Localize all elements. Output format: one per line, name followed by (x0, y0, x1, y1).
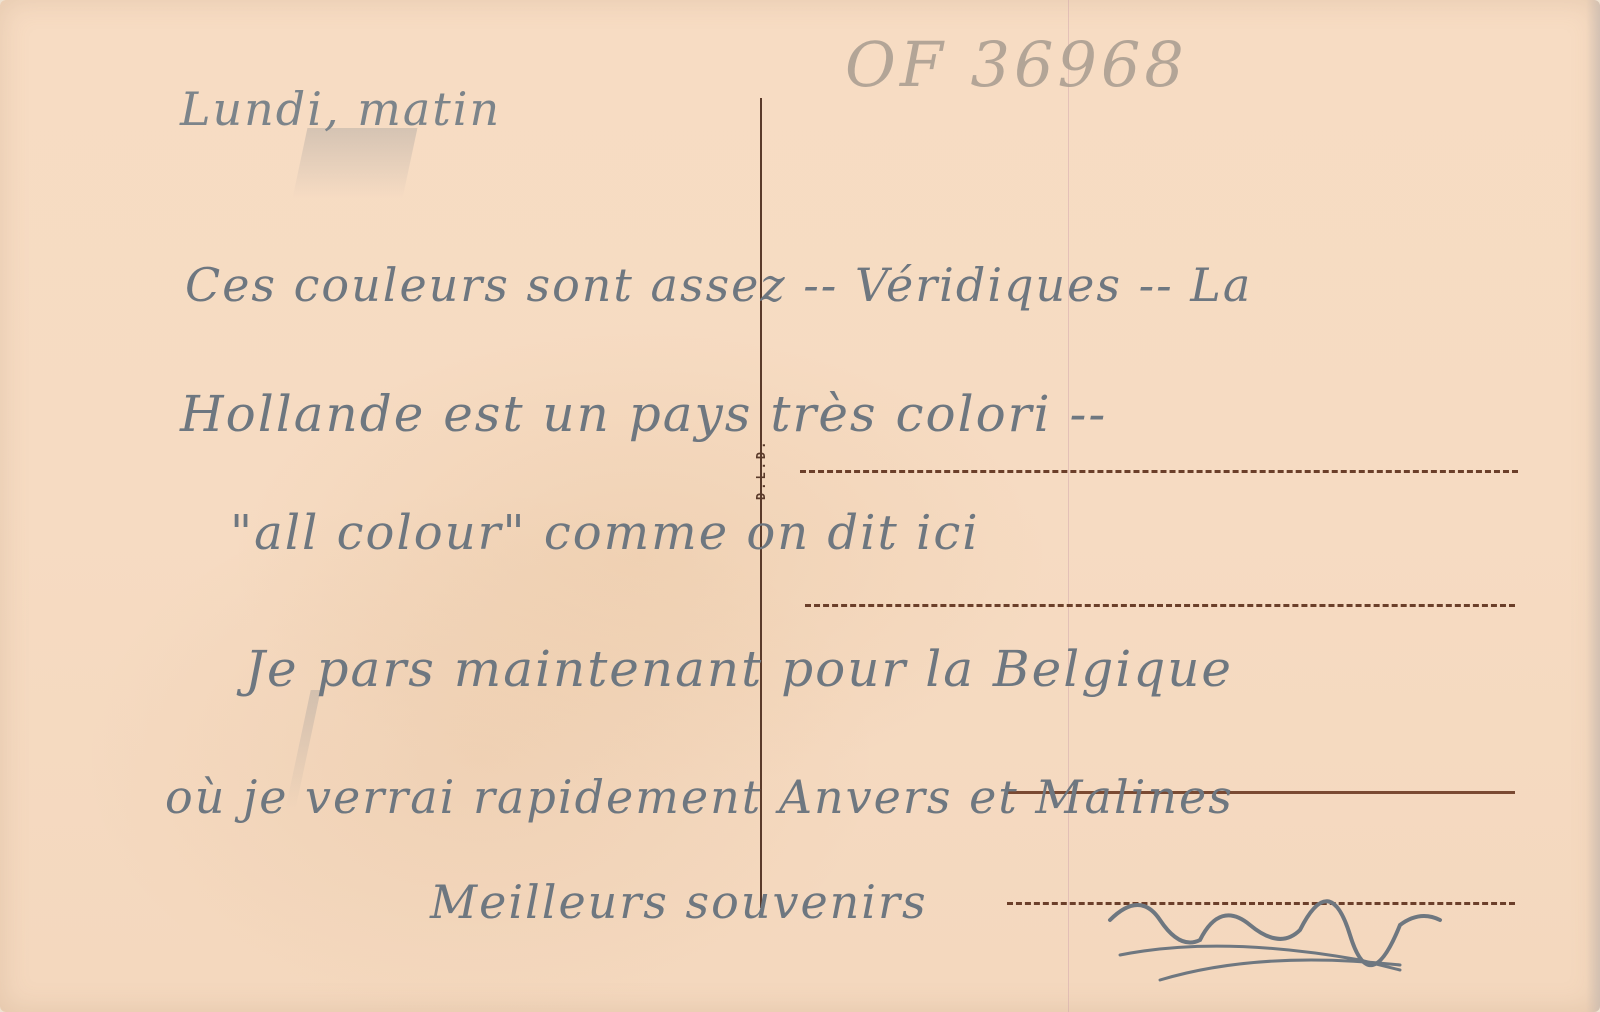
postcard-back: OF 36968 D.L.D. Lundi, matin Ces couleur… (0, 0, 1600, 1012)
faint-fold-line (1068, 0, 1069, 1012)
publisher-mark: D.L.D. (754, 450, 768, 500)
message-line-2: Ces couleurs sont assez -- Véridiques --… (185, 258, 1252, 312)
signature (1100, 880, 1460, 1000)
card-edge (1586, 0, 1600, 1012)
message-line-closing: Meilleurs souvenirs (430, 875, 928, 929)
message-line-5: Je pars maintenant pour la Belgique (245, 640, 1233, 698)
message-line-date: Lundi, matin (180, 82, 501, 136)
message-line-3: Hollande est un pays très colori -- (180, 385, 1107, 443)
message-line-6: où je verrai rapidement Anvers et Maline… (165, 770, 1234, 824)
address-line-1 (800, 470, 1518, 473)
message-line-4: "all colour" comme on dit ici (230, 505, 980, 561)
address-line-2 (805, 604, 1515, 607)
signature-scribble-icon (1100, 880, 1460, 990)
archive-number: OF 36968 (845, 28, 1188, 101)
pencil-smudge (293, 128, 418, 198)
